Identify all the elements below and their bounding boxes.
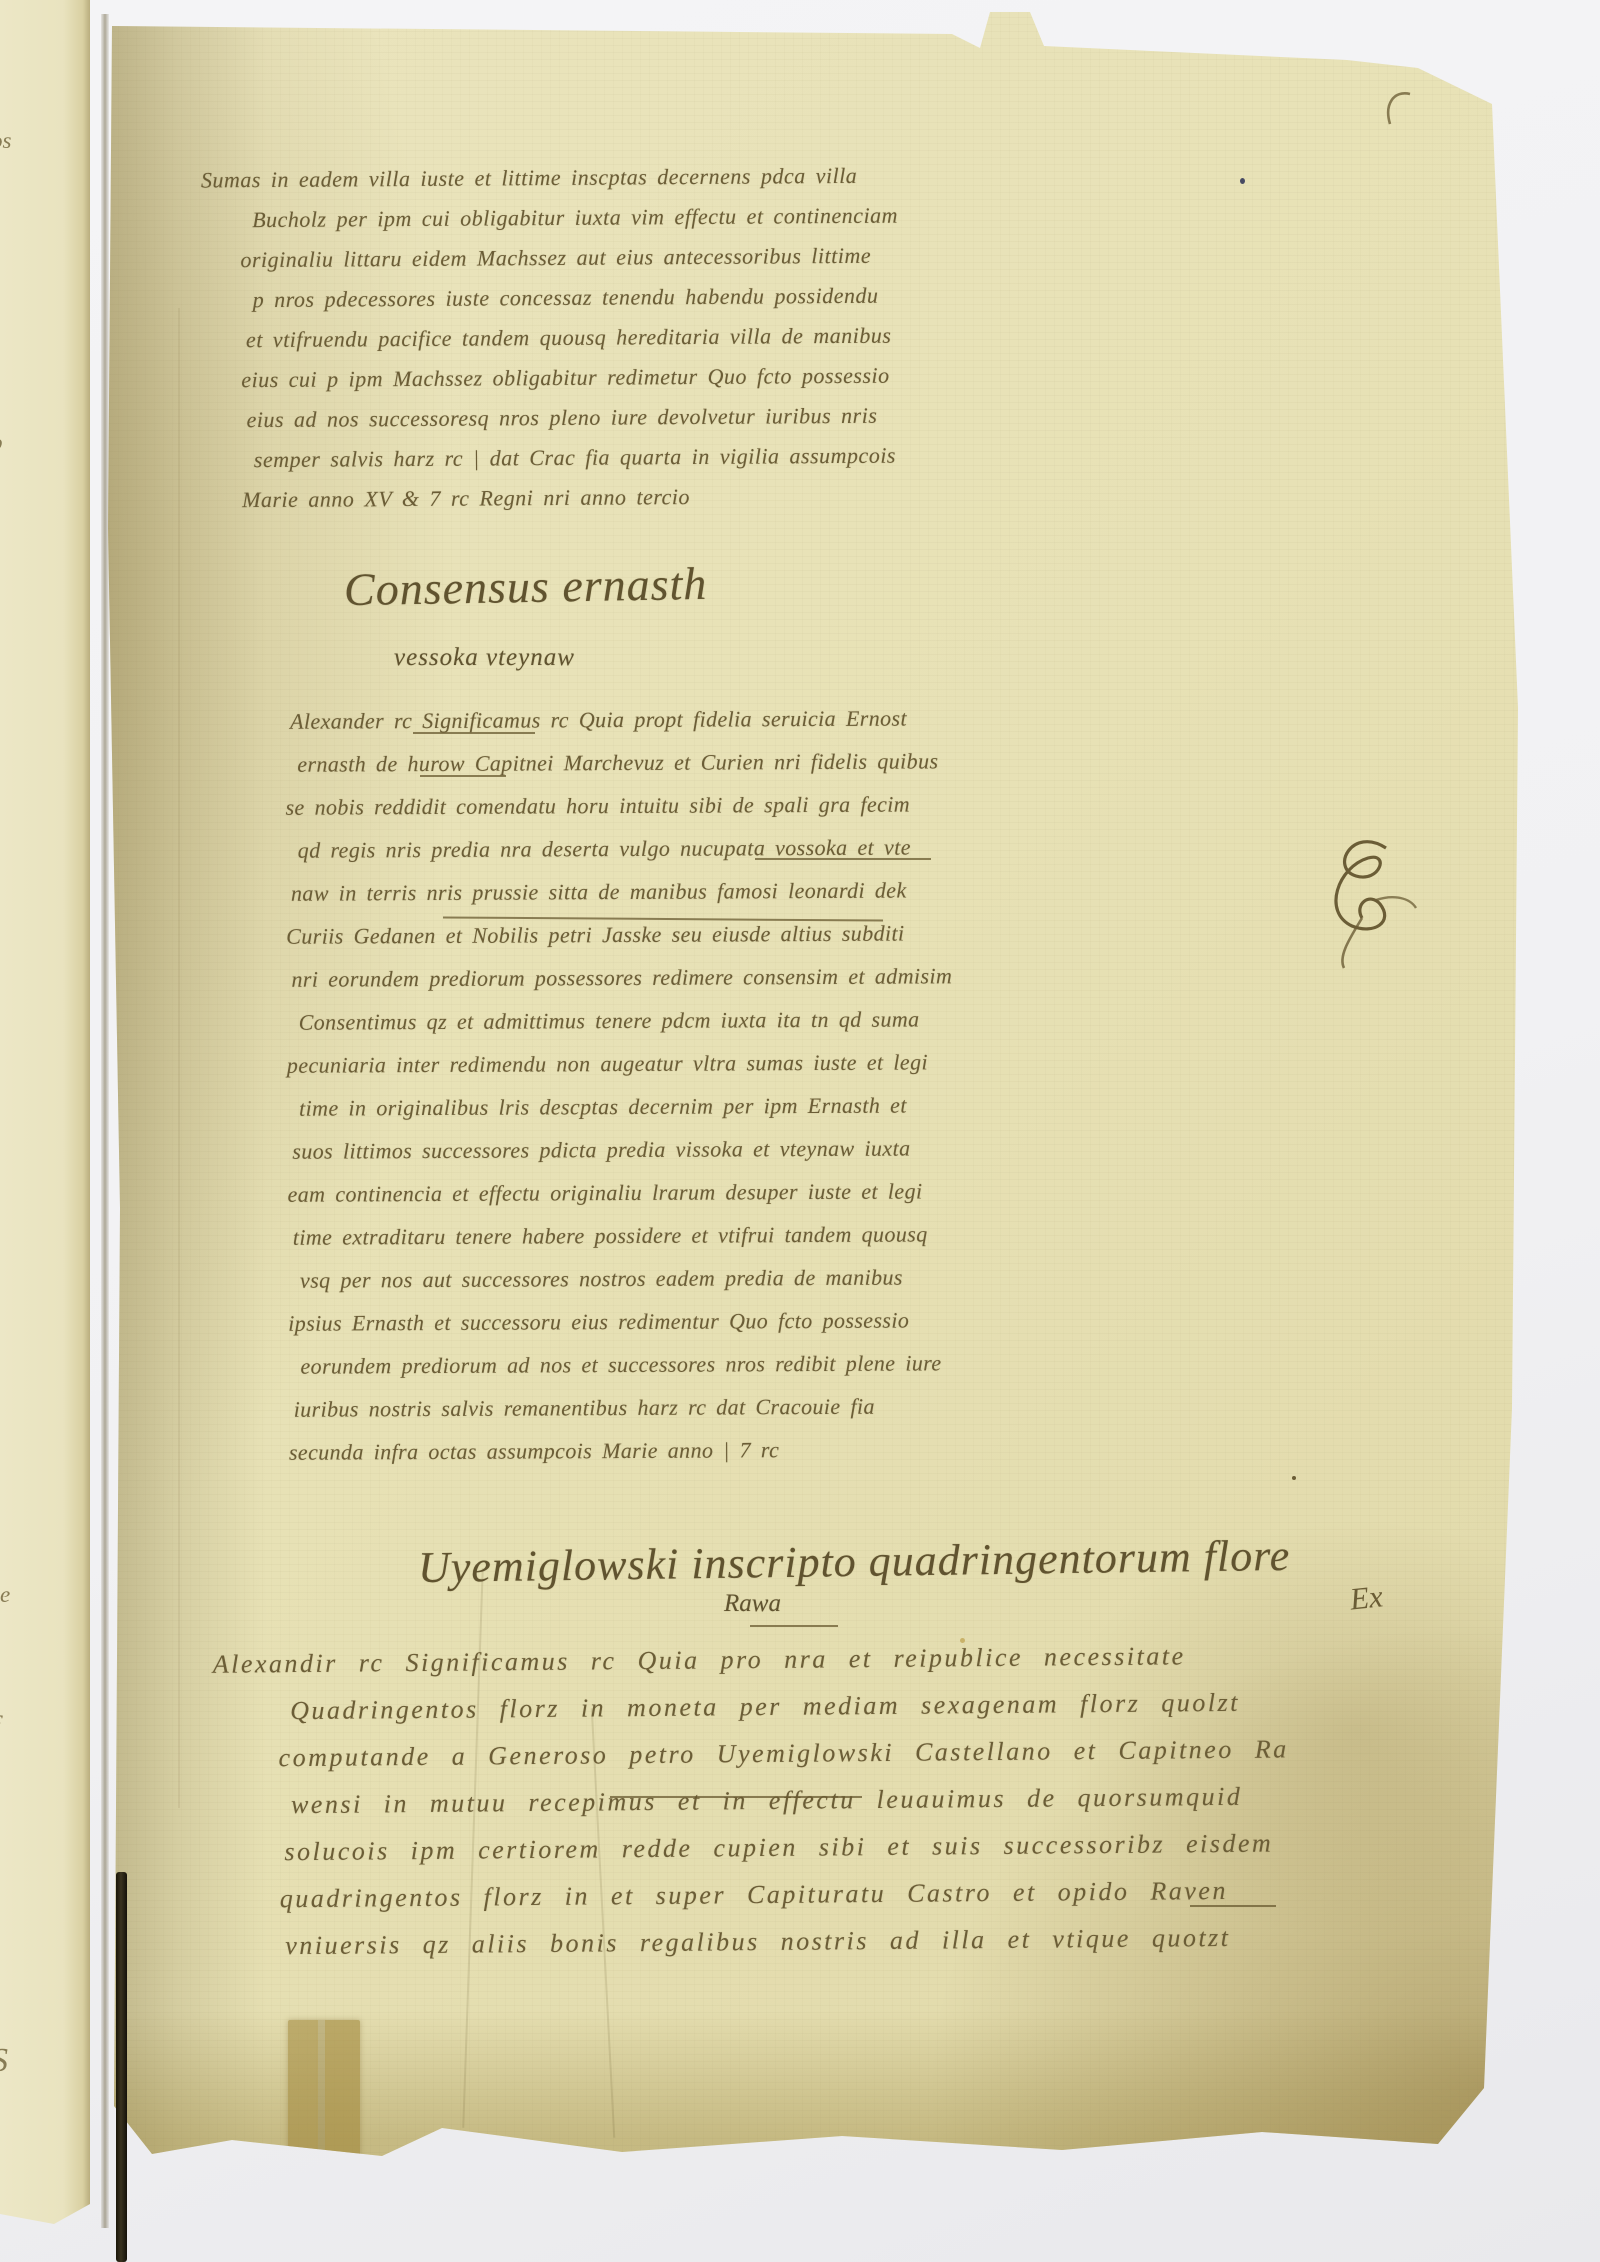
entry-2-heading: Consensus ernasth — [344, 557, 708, 616]
margin-note-ex: Ex — [1348, 1578, 1384, 1617]
text-line: nri eorundem prediorum possessores redim… — [291, 954, 951, 1000]
underline-stroke — [750, 1625, 838, 1627]
underline-stroke — [420, 775, 506, 777]
text-line: iuribus nostris salvis remanentibus harz… — [294, 1384, 954, 1430]
cutoff-text-fragment: S — [0, 2042, 8, 2080]
entry-3-subheading: Rawa — [724, 1590, 781, 1618]
text-line: se nobis reddidit comendatu horu intuitu… — [285, 782, 950, 828]
facing-page-edge: os s ) p ( ze f S — [0, 0, 90, 2232]
text-line: vsq per nos aut successores nostros eade… — [300, 1255, 953, 1301]
text-line: Marie anno XV & 7 rc Regni nri anno terc… — [198, 476, 903, 521]
text-line: suos littimos successores pdicta predia … — [292, 1126, 952, 1172]
text-line: semper salvis harz rc | dat Crac fia qua… — [210, 436, 903, 481]
entry-1-text-block: Sumas in eadem villa iuste et littime in… — [201, 156, 903, 521]
entry-2-subheading: vessoka vteynaw — [394, 644, 575, 672]
text-line: originaliu littaru eidem Machssez aut ei… — [196, 236, 901, 281]
cutoff-text-fragment: p — [0, 430, 3, 456]
text-line: Bucholz per ipm cui obligabitur iuxta vi… — [208, 196, 901, 241]
text-line: et vtifruendu pacifice tandem quousq her… — [202, 316, 902, 361]
entry-3-text-block: Alexandir rc Significamus rc Quia pro nr… — [213, 1631, 1316, 1970]
ink-speck — [1240, 178, 1245, 184]
text-line: Sumas in eadem villa iuste et littime in… — [201, 156, 901, 201]
underline-stroke — [610, 1796, 862, 1798]
tape-repair-patch — [288, 2020, 360, 2158]
text-line: eorundem prediorum ad nos et successores… — [300, 1341, 953, 1387]
text-line: time extraditaru tenere habere possidere… — [293, 1212, 953, 1258]
binding-thread — [116, 1872, 127, 2262]
margin-flourish-icon — [1314, 834, 1424, 974]
entry-2-text-block: Alexander rc Significamus rc Quia propt … — [290, 696, 954, 1473]
text-line: ernasth de hurow Capitnei Marchevuz et C… — [297, 739, 950, 785]
text-line: p nros pdecessores iuste concessaz tenen… — [209, 276, 902, 321]
text-line: vniuersis qz aliis bonis regalibus nostr… — [215, 1913, 1315, 1970]
text-line: eam continencia et effectu originaliu lr… — [287, 1169, 952, 1215]
manuscript-scan: os s ) p ( ze f S Sumas in eadem villa i… — [0, 0, 1600, 2262]
text-line: Consentimus qz et admittimus tenere pdcm… — [299, 997, 952, 1043]
text-line: Alexander rc Significamus rc Quia propt … — [290, 696, 950, 742]
text-line: time in originalibus lris descptas decer… — [299, 1083, 952, 1129]
corner-pen-mark-icon — [1382, 86, 1420, 130]
manuscript-page: Sumas in eadem villa iuste et littime in… — [82, 8, 1530, 2160]
gutter-crease-line — [101, 14, 109, 2228]
underline-stroke — [755, 858, 931, 860]
text-line: eius cui p ipm Machssez obligabitur redi… — [197, 356, 902, 401]
cutoff-text-fragment: ze — [0, 1582, 10, 1608]
crease-line — [178, 308, 180, 1808]
entry-3-heading: Uyemiglowski inscripto quadringentorum f… — [418, 1530, 1291, 1593]
text-line: pecuniaria inter redimendu non augeatur … — [287, 1040, 952, 1086]
text-line: qd regis nris predia nra deserta vulgo n… — [298, 825, 951, 871]
text-line: ipsius Ernasth et successoru eius redime… — [288, 1298, 953, 1344]
cutoff-text-fragment: os — [0, 128, 11, 154]
underline-stroke — [413, 732, 535, 734]
ink-speck — [1292, 1476, 1296, 1480]
text-line: eius ad nos successoresq nros pleno iure… — [202, 396, 902, 441]
text-line: naw in terris nris prussie sitta de mani… — [291, 868, 951, 914]
underline-stroke — [1190, 1905, 1276, 1907]
text-line: secunda infra octas assumpcois Marie ann… — [289, 1427, 954, 1473]
wax-speck — [960, 1638, 965, 1643]
